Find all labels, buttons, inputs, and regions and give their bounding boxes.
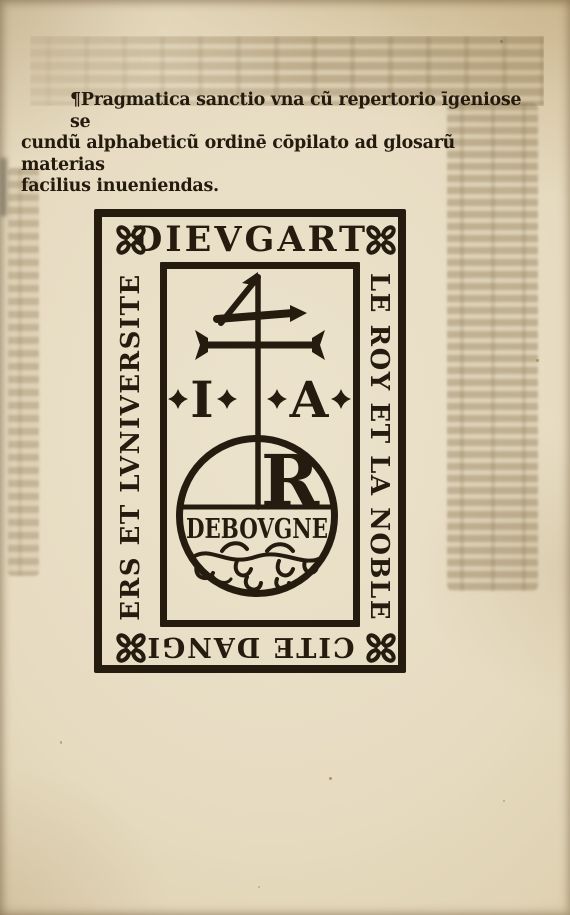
merchant-mark: I A R DEBOVGNE [167, 269, 353, 620]
rosette-icon [361, 220, 401, 260]
frame-text-right: LE ROY ET LA NOBLE [358, 263, 400, 631]
title-line-2: cundũ alphabeticũ ordinē cōpilato ad glo… [21, 133, 455, 175]
rosette-icon [111, 628, 151, 668]
title-block: ¶Pragmatica sanctio vna cũ repertorio īg… [21, 90, 526, 198]
circle-initial-r: R [261, 439, 320, 522]
rosette-icon [361, 628, 401, 668]
scanned-book-page: ¶Pragmatica sanctio vna cũ repertorio īg… [0, 0, 570, 915]
page-edge-smudge [0, 158, 7, 216]
fox-spot [329, 777, 332, 780]
rosette-icon [111, 220, 151, 260]
showthrough-text-left-column [8, 168, 39, 576]
circle-name: DEBOVGNE [186, 514, 328, 545]
four-point-star-icon [331, 389, 351, 409]
four-point-star-icon [267, 389, 287, 409]
fox-spot [258, 886, 260, 888]
frame-text-left: ERS ET LVNIVERSITE [110, 263, 152, 631]
four-point-star-icon [217, 389, 237, 409]
side-initial-right: A [289, 370, 330, 429]
fox-spot [500, 40, 503, 43]
fox-spot [60, 741, 62, 744]
side-initial-left: I [190, 370, 213, 429]
fox-spot [503, 800, 505, 802]
title-line-3: facilius inueniendas. [21, 176, 219, 196]
fox-spot [536, 359, 539, 362]
title-line-1: ¶Pragmatica sanctio vna cũ repertorio īg… [21, 90, 526, 133]
four-point-star-icon [168, 389, 188, 409]
